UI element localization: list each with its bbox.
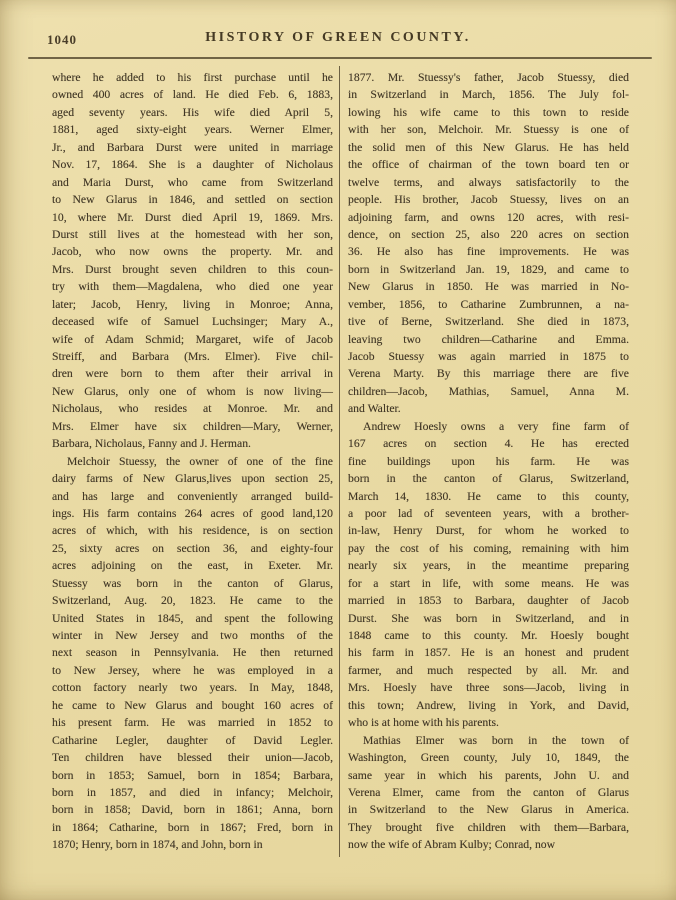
text-line: nearly six years, in the meantime prepar…	[348, 557, 629, 574]
text-line: acres adjoining on the east, in Exeter. …	[52, 557, 333, 574]
text-line: 1848 came to this county. Mr. Hoesly bou…	[348, 627, 629, 644]
text-line: owned 400 acres of land. He died Feb. 6,…	[52, 86, 333, 103]
text-line: dren were born to them after their arriv…	[52, 365, 333, 382]
text-line: cotton factory nearly two years. In May,…	[52, 679, 333, 696]
text-line: 1870; Henry, born in 1874, and John, bor…	[52, 836, 333, 853]
text-line: and has large and conveniently arranged …	[52, 488, 333, 505]
text-line: in Switzerland to the New Glarus in Amer…	[348, 801, 629, 818]
text-line: leaving two children—Catharine and Emma.	[348, 331, 629, 348]
text-line: 1877. Mr. Stuessy's father, Jacob Stuess…	[348, 69, 629, 86]
text-line: Jr., and Barbara Durst were united in ma…	[52, 139, 333, 156]
text-line: this town; Andrew, living in York, and D…	[348, 697, 629, 714]
text-line: married in 1853 to Barbara, daughter of …	[348, 592, 629, 609]
text-line: to New Jersey, where he was employed in …	[52, 662, 333, 679]
text-line: Mrs. Elmer have six children—Mary, Werne…	[52, 418, 333, 435]
text-line: his present farm. He was married in 1852…	[52, 714, 333, 731]
text-line: Washington, Green county, July 10, 1849,…	[348, 749, 629, 766]
text-line: United States in 1845, and spent the fol…	[52, 610, 333, 627]
text-line: Durst. She was born in Switzerland, and …	[348, 610, 629, 627]
text-line: adjoining farm, and owns 120 acres, with…	[348, 209, 629, 226]
text-line: a poor lad of seventeen years, with a br…	[348, 505, 629, 522]
text-line: to New Glarus in 1846, and settled on se…	[52, 191, 333, 208]
text-line: he came to New Glarus and bought 160 acr…	[52, 697, 333, 714]
text-line: ings. His farm contains 264 acres of goo…	[52, 505, 333, 522]
text-line: Andrew Hoesly owns a very fine farm of	[348, 418, 629, 435]
text-line: the solid men of this New Glarus. He has…	[348, 139, 629, 156]
text-line: later; Jacob, Henry, living in Monroe; A…	[52, 296, 333, 313]
left-column: where he added to his first purchase unt…	[52, 69, 333, 854]
text-line: aged seventy years. His wife died April …	[52, 104, 333, 121]
text-line: They brought five children with them—Bar…	[348, 819, 629, 836]
text-line: born in the canton of Glarus, Switzerlan…	[348, 470, 629, 487]
text-line: Streiff, and Barbara (Mrs. Elmer). Five …	[52, 348, 333, 365]
text-line: New Glarus, only one of whom is now livi…	[52, 383, 333, 400]
text-line: born in 1853; Samuel, born in 1854; Barb…	[52, 767, 333, 784]
text-line: born in 1857, and died in infancy; Melch…	[52, 784, 333, 801]
text-line: acres of which, with his residence, is o…	[52, 522, 333, 539]
text-line: Stuessy was born in the canton of Glarus…	[52, 575, 333, 592]
text-line: Switzerland, Aug. 20, 1823. He came to t…	[52, 592, 333, 609]
text-line: Catharine Legler, daughter of David Legl…	[52, 732, 333, 749]
text-line: dence, on section 25, also 220 acres on …	[348, 226, 629, 243]
text-line: 167 acres on section 4. He has erected	[348, 435, 629, 452]
text-line: the office of chairman of the town board…	[348, 156, 629, 173]
text-line: children—Jacob, Mathias, Samuel, Anna M.	[348, 383, 629, 400]
text-line: Verena Elmer, came from the canton of Gl…	[348, 784, 629, 801]
text-line: with her son, Melchoir. Mr. Stuessy is o…	[348, 121, 629, 138]
text-line: and Maria Durst, who came from Switzerla…	[52, 174, 333, 191]
text-line: same year in which his parents, John U. …	[348, 767, 629, 784]
text-line: and Walter.	[348, 400, 629, 417]
text-line: lowing his wife came to this town to res…	[348, 104, 629, 121]
text-line: dairy farms of New Glarus,lives upon sec…	[52, 470, 333, 487]
text-line: Ten children have blessed their union—Ja…	[52, 749, 333, 766]
book-page: 1040 HISTORY OF GREEN COUNTY. where he a…	[0, 0, 676, 900]
text-line: tive of Berne, Switzerland. She died in …	[348, 313, 629, 330]
text-line: pay the cost of his coming, remaining wi…	[348, 540, 629, 557]
text-line: Jacob Stuessy was again married in 1875 …	[348, 348, 629, 365]
text-line: New Glarus in 1850. He was married in No…	[348, 278, 629, 295]
text-line: Durst still lives at the homestead with …	[52, 226, 333, 243]
right-column: 1877. Mr. Stuessy's father, Jacob Stuess…	[348, 69, 629, 854]
text-line: his farm in 1857. He is an honest and pr…	[348, 644, 629, 661]
text-line: Verena Marty. By this marriage there are…	[348, 365, 629, 382]
text-line: Melchoir Stuessy, the owner of one of th…	[52, 453, 333, 470]
text-line: born in 1858; David, born in 1861; Anna,…	[52, 801, 333, 818]
text-line: try with them—Magdalena, who died one ye…	[52, 278, 333, 295]
text-line: in-law, Henry Durst, for whom he worked …	[348, 522, 629, 539]
text-line: now the wife of Abram Kulby; Conrad, now	[348, 836, 629, 853]
text-line: twelve terms, and always satisfactorily …	[348, 174, 629, 191]
text-line: people. His brother, Jacob Stuessy, live…	[348, 191, 629, 208]
text-line: 36. He also has fine improvements. He wa…	[348, 243, 629, 260]
text-line: Nov. 17, 1864. She is a daughter of Nich…	[52, 156, 333, 173]
text-line: Nicholaus, who resides at Monroe. Mr. an…	[52, 400, 333, 417]
text-line: wife of Adam Schmid; Margaret, wife of J…	[52, 331, 333, 348]
text-line: farmer, and much respected by all. Mr. a…	[348, 662, 629, 679]
text-line: deceased wife of Samuel Luchsinger; Mary…	[52, 313, 333, 330]
text-line: next season in Pennsylvania. He then ret…	[52, 644, 333, 661]
text-line: Mrs. Durst brought seven children to thi…	[52, 261, 333, 278]
text-line: in 1864; Catharine, born in 1867; Fred, …	[52, 819, 333, 836]
text-line: 1881, aged sixty-eight years. Werner Elm…	[52, 121, 333, 138]
text-line: where he added to his first purchase unt…	[52, 69, 333, 86]
text-line: fine buildings upon his farm. He was	[348, 453, 629, 470]
text-line: Mrs. Hoesly have three sons—Jacob, livin…	[348, 679, 629, 696]
text-line: March 14, 1830. He came to this county,	[348, 488, 629, 505]
text-line: born in Switzerland Jan. 19, 1829, and c…	[348, 261, 629, 278]
text-line: winter in New Jersey and two months of t…	[52, 627, 333, 644]
text-line: Mathias Elmer was born in the town of	[348, 732, 629, 749]
text-line: vember, 1856, to Catharine Zumbrunnen, a…	[348, 296, 629, 313]
text-line: for a start in life, with some means. He…	[348, 575, 629, 592]
text-line: in Switzerland in March, 1856. The July …	[348, 86, 629, 103]
text-line: 10, where Mr. Durst died April 19, 1869.…	[52, 209, 333, 226]
page-title: HISTORY OF GREEN COUNTY.	[0, 30, 676, 46]
text-line: Barbara, Nicholaus, Fanny and J. Herman.	[52, 435, 333, 452]
text-line: Jacob, who now owns the property. Mr. an…	[52, 243, 333, 260]
running-head: 1040 HISTORY OF GREEN COUNTY.	[0, 30, 676, 50]
text-line: 25, sixty acres on section 36, and eight…	[52, 540, 333, 557]
header-rule	[28, 57, 652, 59]
column-divider	[339, 66, 340, 857]
text-line: who is at home with his parents.	[348, 714, 629, 731]
